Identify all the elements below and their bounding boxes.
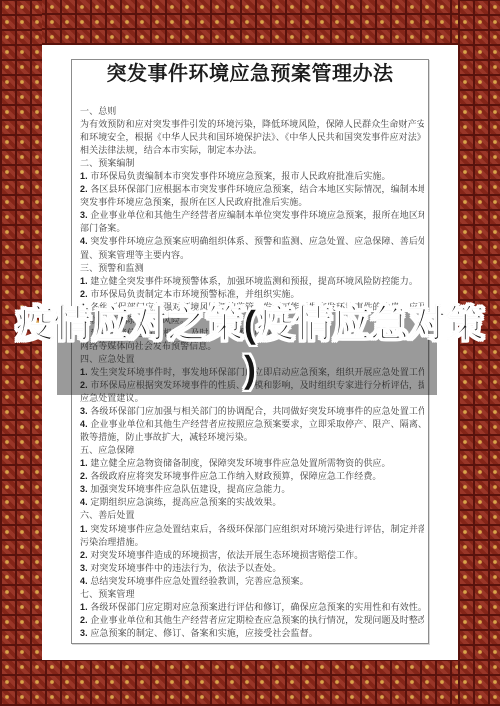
document-line: 4. 企业事业单位和其他生产经营者应按照应急预案要求，立即采取停产、限产、隔离、… (80, 418, 424, 431)
document-line: 1. 市环保局负责编制本市突发事件环境应急预案，报市人民政府批准后实施。 (80, 170, 424, 183)
watermark-text: 疫情应对之策(疫情应急对策 ) (0, 303, 500, 393)
document-line: 相关法律法规，结合本市实际，制定本办法。 (80, 144, 424, 157)
document-line: 污染治理措施。 (80, 536, 424, 549)
document-title: 突发事件环境应急预案管理办法 (72, 63, 428, 85)
document-line: 2. 市环保局负责制定本市环境预警标准，并组织实施。 (80, 288, 424, 301)
document-line: 3. 应急预案的制定、修订、备案和实施，应接受社会监督。 (80, 627, 424, 640)
decorative-border-bottom (0, 660, 500, 706)
document-line: 一、总则 (80, 105, 424, 118)
document-line: 1. 各级环保部门应定期对应急预案进行评估和修订，确保应急预案的实用性和有效性。 (80, 601, 424, 614)
document-line: 七、预案管理 (80, 588, 424, 601)
document-line: 3. 企业事业单位和其他生产经营者应编制本单位突发事件环境应急预案，报所在地区环… (80, 209, 424, 222)
document-line: 和环境安全，根据《中华人民共和国环境保护法》、《中华人民共和国突发事件应对法》等 (80, 131, 424, 144)
document-line: 突发事件环境应急预案，报所在区人民政府批准后实施。 (80, 196, 424, 209)
decorative-border-top (0, 0, 500, 45)
document-line: 2. 对突发环境事件造成的环境损害，依法开展生态环境损害赔偿工作。 (80, 549, 424, 562)
document-line: 3. 各级环保部门应加强与相关部门的协调配合，共同做好突发环境事件的应急处置工作… (80, 405, 424, 418)
document-line: 1. 建立健全突发事件环境预警体系，加强环境监测和预报，提高环境风险防控能力。 (80, 275, 424, 288)
document-line: 2. 各级政府应将突发环境事件应急工作纳入财政预算，保障应急工作经费。 (80, 470, 424, 483)
document-line: 2. 企业事业单位和其他生产经营者应定期检查应急预案的执行情况，发现问题及时整改… (80, 614, 424, 627)
document-line: 4. 突发事件环境应急预案应明确组织体系、预警和监测、应急处置、应急保障、善后处 (80, 235, 424, 248)
document-line: 3. 对突发环境事件中的违法行为，依法予以查处。 (80, 562, 424, 575)
document-line: 4. 总结突发环境事件应急处置经验教训，完善应急预案。 (80, 575, 424, 588)
document-line: 散等措施，防止事故扩大，减轻环境污染。 (80, 431, 424, 444)
screenshot-canvas: 突发事件环境应急预案管理办法 一、总则为有效预防和应对突发事件引发的环境污染，降… (0, 0, 500, 706)
document-line: 为有效预防和应对突发事件引发的环境污染，降低环境风险，保障人民群众生命财产安全 (80, 118, 424, 131)
watermark-line1: 疫情应对之策(疫情应急对策 (0, 303, 500, 348)
document-line: 置、预案管理等主要内容。 (80, 249, 424, 262)
document-line: 六、善后处置 (80, 509, 424, 522)
watermark-line2: ) (0, 348, 500, 393)
document-line: 五、应急保障 (80, 444, 424, 457)
document-line: 二、预案编制 (80, 157, 424, 170)
document-line: 部门备案。 (80, 222, 424, 235)
document-line: 1. 突发环境事件应急处置结束后，各级环保部门应组织对环境污染进行评估，制定并落… (80, 523, 424, 536)
document-line: 3. 加强突发环境事件应急队伍建设，提高应急能力。 (80, 483, 424, 496)
document-line: 2. 各区县环保部门应根据本市突发事件环境应急预案，结合本地区实际情况，编制本地… (80, 183, 424, 196)
document-line: 1. 建立健全应急物资储备制度，保障突发环境事件应急处置所需物资的供应。 (80, 457, 424, 470)
document-line: 4. 定期组织应急演练，提高应急预案的实战效果。 (80, 496, 424, 509)
document-line: 三、预警和监测 (80, 262, 424, 275)
